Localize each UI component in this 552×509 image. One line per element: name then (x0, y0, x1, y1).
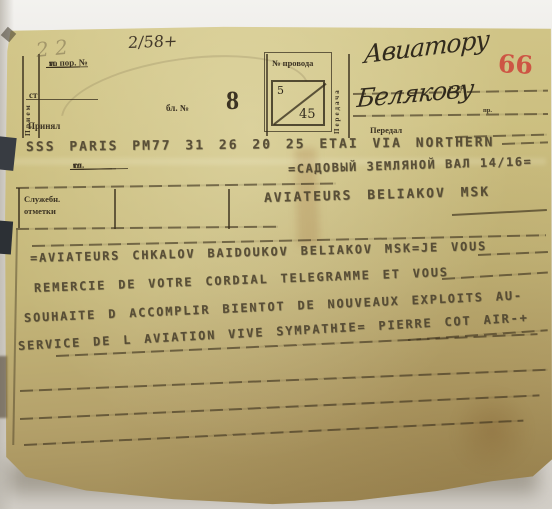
form-rule (114, 189, 116, 229)
form-rule (228, 189, 230, 229)
label-t2: т. (73, 161, 79, 170)
received-label: Принял (28, 122, 60, 131)
service-box-label-2: отметки (24, 207, 56, 216)
label-st: ст (29, 91, 37, 100)
sent-label: Передал (370, 126, 402, 135)
pencil-note: 2 2 (35, 37, 69, 60)
form-rule (18, 188, 20, 228)
wire-value-top: 5 (277, 85, 284, 96)
label-pr: пр. (483, 108, 492, 115)
wire-number-stamp-box: 5 45 (271, 80, 325, 126)
edge-mark (0, 356, 7, 418)
wire-note-handwritten: 2/58+ (127, 33, 177, 51)
telegram-photo: Прием 2 2 2/58+ го т. м. пор. № ст бл. №… (0, 0, 552, 509)
label-bl: бл. № (166, 104, 189, 113)
wire-value-bottom: 45 (299, 108, 316, 121)
wire-number-label: № провода (272, 59, 313, 68)
stain (452, 388, 532, 473)
transmit-column-label: Передача (334, 62, 341, 134)
service-box-label-1: Служебн. (24, 195, 60, 204)
red-number: 66 (497, 51, 533, 78)
blank-number: 8 (226, 88, 239, 114)
form-rule (348, 54, 350, 138)
edge-mark (0, 220, 13, 254)
